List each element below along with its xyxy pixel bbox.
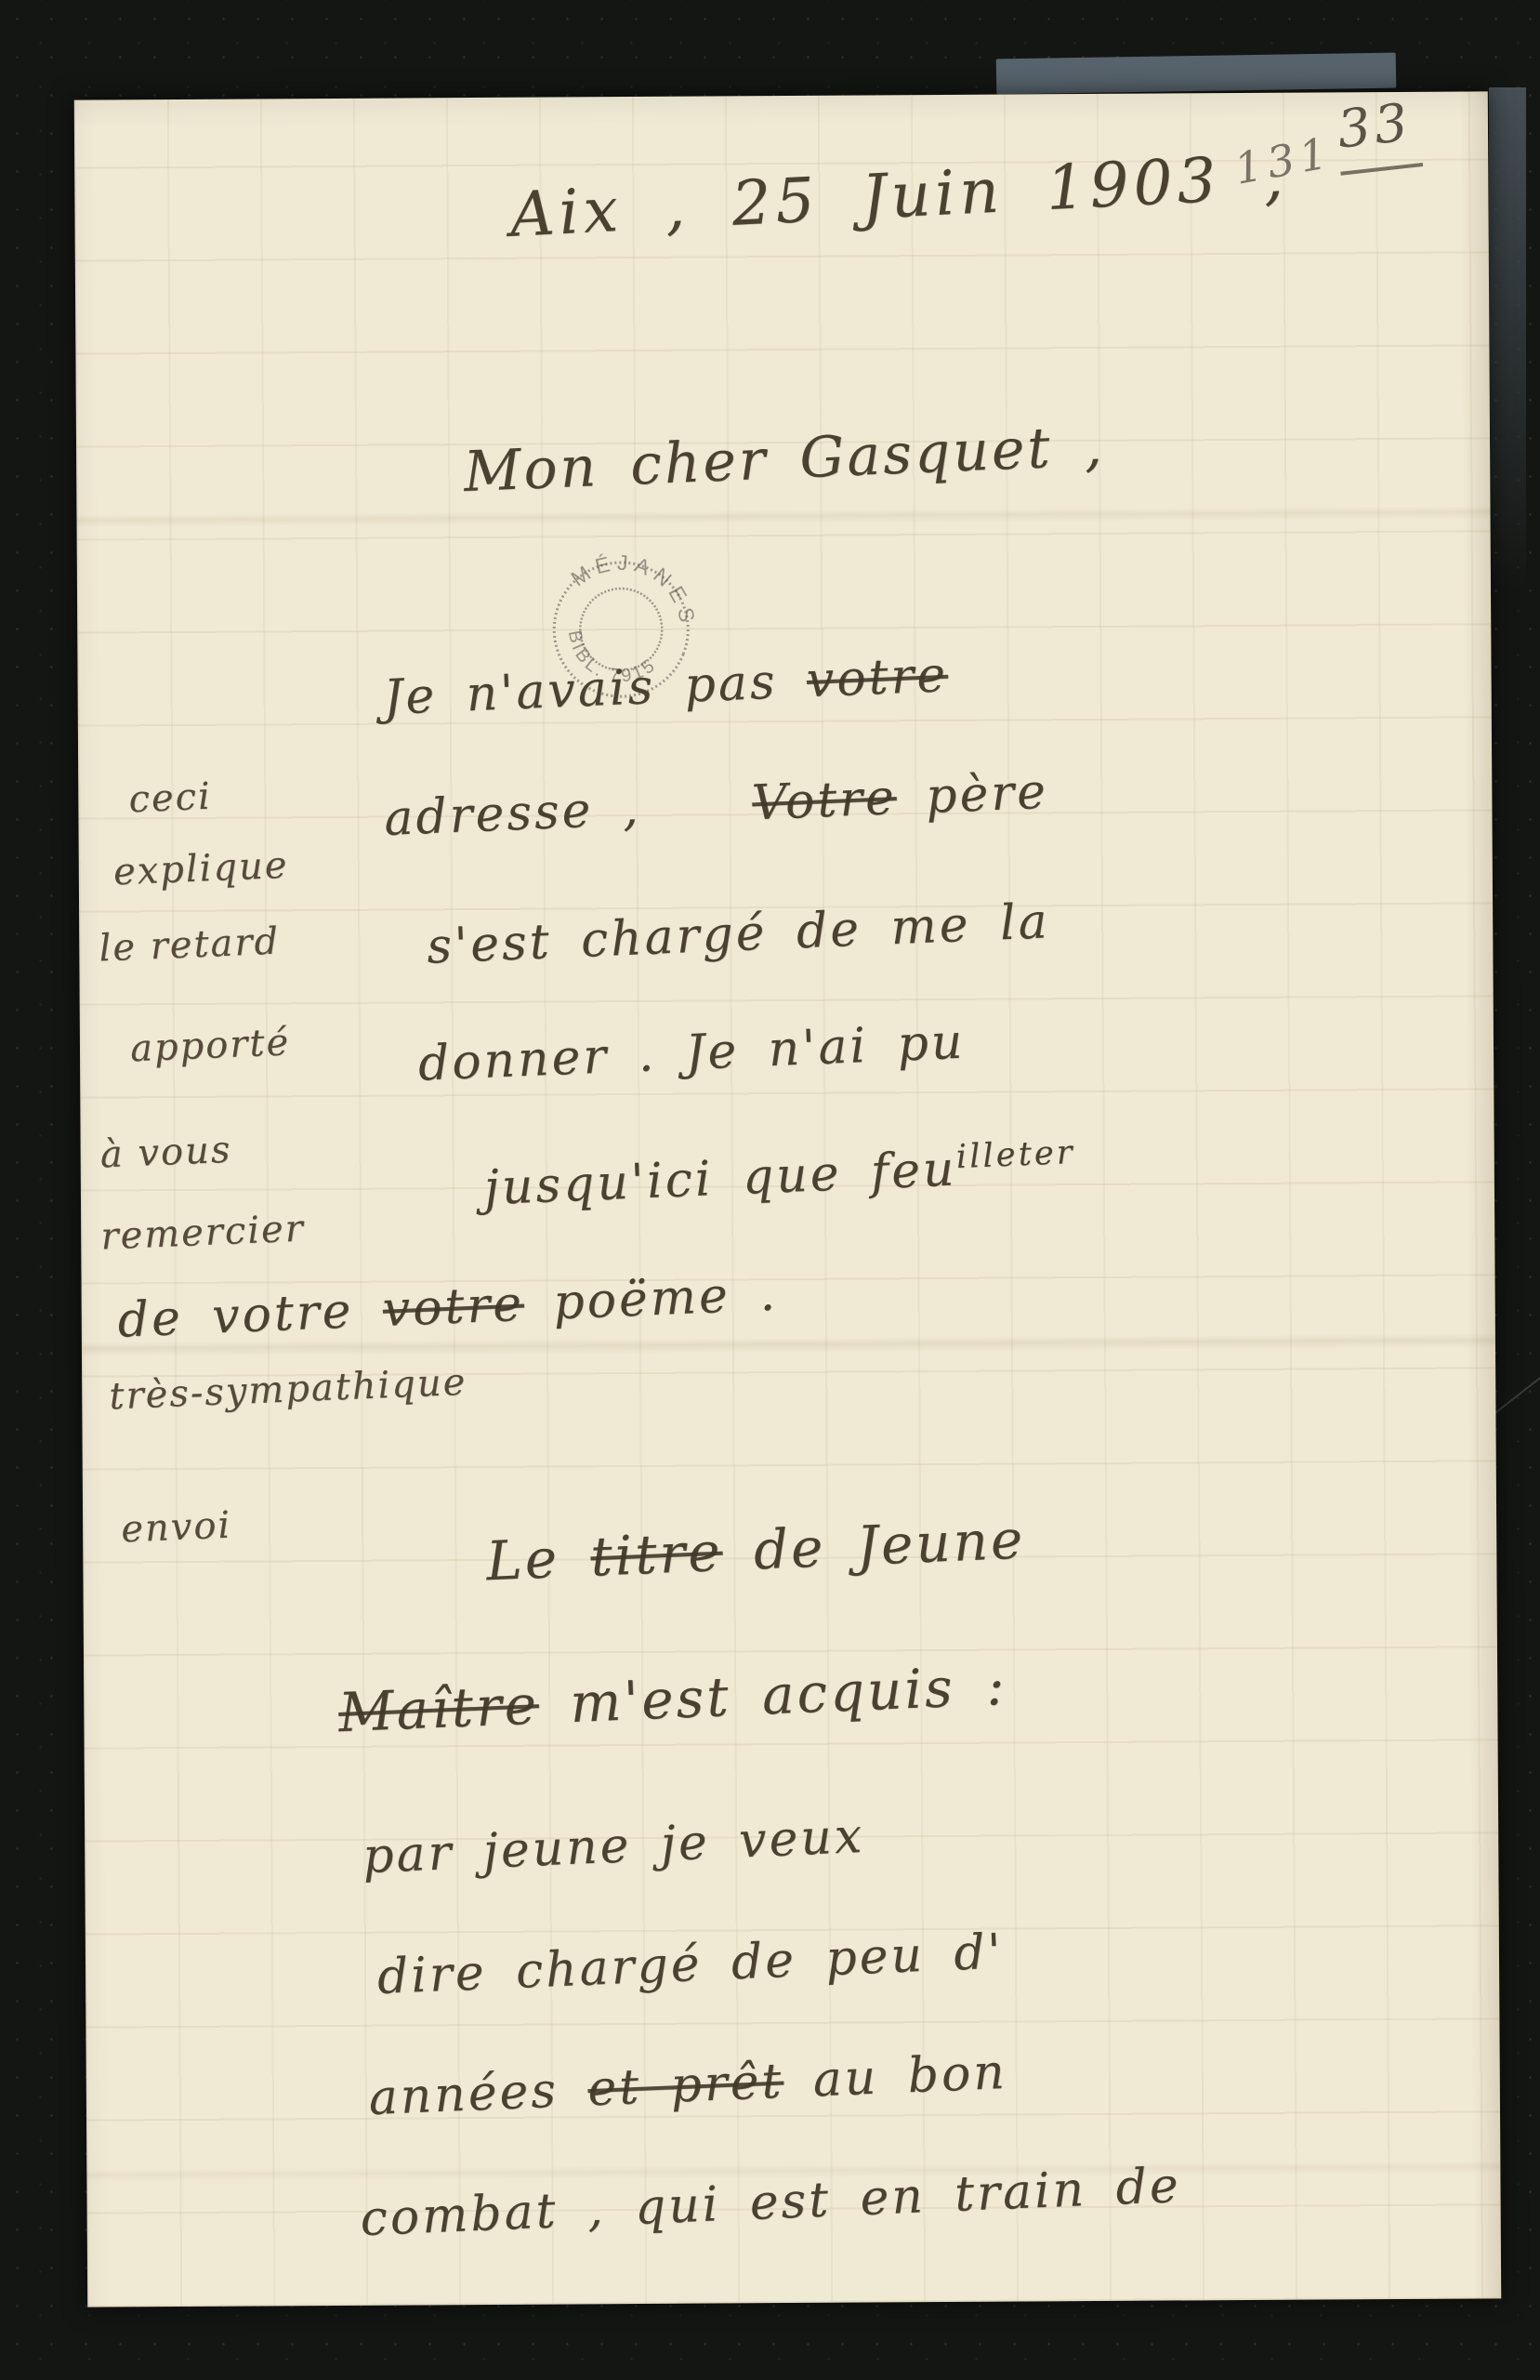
- struck-word: votre: [382, 1276, 526, 1338]
- inserted-word: illeter: [955, 1133, 1075, 1176]
- line-text: de votre: [117, 1282, 385, 1349]
- margin-annotation: apporté: [129, 1021, 291, 1070]
- margin-annotation: envoi: [120, 1504, 232, 1552]
- line-text: s'est chargé de me la: [426, 893, 1051, 974]
- letter-line: dire chargé de peu d': [376, 1921, 1005, 2005]
- scanner-edge-shadow: [1489, 87, 1526, 589]
- letter-line: s'est chargé de me la: [426, 891, 1051, 975]
- struck-word: et prêt: [586, 2054, 784, 2118]
- line-text: donner . Je n'ai pu: [417, 1014, 967, 1092]
- letter-line: par jeune je veux: [362, 1805, 865, 1884]
- letter-line: Le titre de Jeune: [485, 1505, 1027, 1593]
- margin-annotation: remercier: [99, 1208, 305, 1259]
- margin-annotation: à vous: [99, 1129, 232, 1177]
- salutation-line: Mon cher Gasquet ,: [463, 414, 1106, 505]
- struck-word: Votre: [751, 770, 898, 831]
- letter-line: Je n'avais pas votre: [382, 644, 949, 726]
- struck-word: titre: [589, 1520, 724, 1589]
- line-text: Je n'avais pas: [382, 653, 808, 726]
- line-text: combat , qui est en train de: [359, 2158, 1181, 2247]
- line-text: dire chargé de peu d': [376, 1924, 1005, 2005]
- line-text: années: [368, 2061, 589, 2126]
- margin-annotation: ceci: [128, 775, 213, 822]
- margin-annotation: très-sympathique: [109, 1361, 468, 1419]
- stamp-top-text: MÉJANES: [561, 529, 717, 637]
- line-text: au bon: [783, 2044, 1008, 2109]
- letter-line: combat , qui est en train de: [359, 2155, 1181, 2248]
- line-text: jusqu'ici que feu: [483, 1142, 958, 1217]
- line-text: adresse ,: [383, 781, 641, 847]
- scanner-cradle-strip: [996, 53, 1397, 95]
- struck-word: votre: [806, 647, 950, 708]
- letter-line: adresse ,Votre père: [383, 760, 1049, 847]
- folio-number-underlined: 33: [1333, 91, 1424, 175]
- letter-line: années et prêt au bon: [367, 2042, 1007, 2126]
- line-text: m'est acquis :: [537, 1654, 1007, 1737]
- line-text: de Jeune: [721, 1508, 1026, 1583]
- line-text: par jeune je veux: [362, 1808, 865, 1884]
- margin-annotation: le retard: [99, 920, 281, 971]
- letter-line: donner . Je n'ai pu: [417, 1011, 967, 1091]
- line-text: Le: [485, 1526, 592, 1593]
- date-line: Aix , 25 Juin 1903 ,: [508, 140, 1289, 251]
- line-text: père: [896, 764, 1050, 826]
- letter-page: 131 33 Aix , 25 Juin 1903 , Mon cher Gas…: [74, 91, 1501, 2307]
- letter-line: de votre votre poëme .: [116, 1263, 779, 1348]
- margin-annotation: explique: [112, 844, 289, 894]
- svg-text:MÉJANES: MÉJANES: [561, 529, 717, 637]
- struck-word: Maître: [337, 1673, 540, 1744]
- scan-background: 131 33 Aix , 25 Juin 1903 , Mon cher Gas…: [0, 0, 1540, 2380]
- line-text: poëme .: [523, 1266, 779, 1332]
- folio-number-underlined-text: 33: [1333, 91, 1424, 175]
- letter-line: Maître m'est acquis :: [337, 1651, 1008, 1744]
- letter-line: jusqu'ici que feuilleter: [483, 1133, 1077, 1216]
